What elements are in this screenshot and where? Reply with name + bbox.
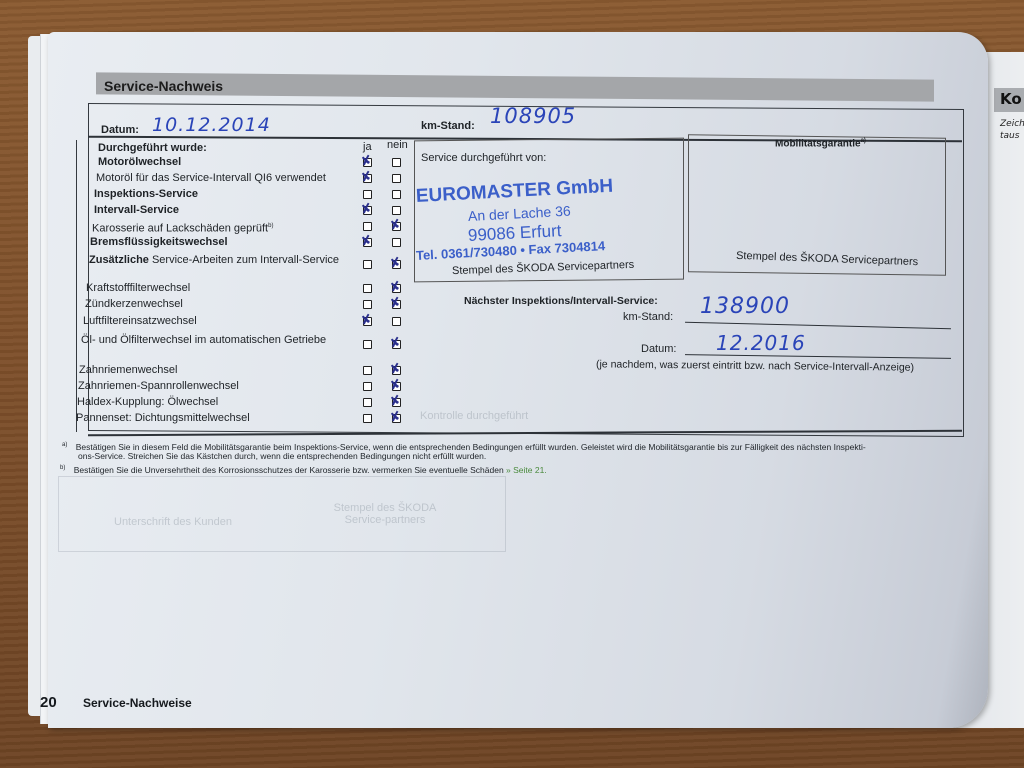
column-no: nein	[387, 139, 408, 151]
checklist-item-label: Karosserie auf Lackschäden geprüftb)	[92, 220, 362, 235]
page-number: 20	[40, 694, 57, 711]
checkbox-ja[interactable]	[363, 414, 372, 423]
checklist-item-label: Intervall-Service	[94, 204, 364, 216]
show-through-text: Unterschrift des Kunden	[114, 516, 232, 528]
column-yes: ja	[363, 141, 372, 153]
next-service-heading: Nächster Inspektions/Intervall-Service:	[464, 295, 658, 307]
service-by-label: Service durchgeführt von:	[421, 152, 546, 164]
checkbox-nein[interactable]	[392, 174, 401, 183]
km-value[interactable]: 108905	[490, 104, 576, 128]
handwritten-check-icon: ✘	[360, 315, 373, 327]
handwritten-check-icon: ✘	[389, 396, 402, 408]
handwritten-check-icon: ✘	[389, 282, 402, 294]
show-through-text: Stempel des ŠKODA Service-partners	[320, 502, 450, 526]
next-date-label: Datum:	[641, 343, 676, 355]
checkbox-ja[interactable]	[363, 260, 372, 269]
checkbox-ja[interactable]	[363, 382, 372, 391]
show-through-text: Kontrolle durchgeführt	[420, 410, 528, 422]
checklist-item-label: Bremsflüssigkeitswechsel	[90, 236, 360, 248]
next-km-label: km-Stand:	[623, 311, 673, 323]
checkbox-ja[interactable]	[363, 190, 372, 199]
handwritten-check-icon: ✘	[389, 298, 402, 310]
handwritten-check-icon: ✘	[389, 364, 402, 376]
checklist-heading: Durchgeführt wurde:	[98, 142, 207, 154]
handwritten-check-icon: ✘	[389, 412, 402, 424]
checkbox-ja[interactable]	[363, 284, 372, 293]
checklist-item-label: Haldex-Kupplung: Ölwechsel	[77, 396, 347, 408]
footnote-b: b) Bestätigen Sie die Unversehrtheit des…	[60, 463, 960, 476]
checklist-item-label: Zündkerzenwechsel	[85, 298, 355, 310]
checklist-item-label: Zahnriemenwechsel	[79, 364, 349, 376]
checkbox-ja[interactable]	[363, 366, 372, 375]
checklist-item-label: Öl- und Ölfilterwechsel im automatischen…	[81, 334, 351, 346]
checkbox-ja[interactable]	[363, 398, 372, 407]
checklist-item-label: Zahnriemen-Spannrollenwechsel	[78, 380, 348, 392]
checklist-item-label: Pannenset: Dichtungsmittelwechsel	[76, 412, 346, 424]
handwritten-check-icon: ✘	[360, 172, 373, 184]
handwritten-check-icon: ✘	[360, 156, 373, 168]
checkbox-ja[interactable]	[363, 300, 372, 309]
handwritten-check-icon: ✘	[389, 380, 402, 392]
next-km-value[interactable]: 138900	[700, 294, 790, 319]
handwritten-check-icon: ✘	[360, 204, 373, 216]
km-label: km-Stand:	[421, 120, 475, 132]
checkbox-nein[interactable]	[392, 206, 401, 215]
checkbox-nein[interactable]	[392, 158, 401, 167]
right-page-text: Zeich taus	[1000, 118, 1024, 142]
footnote-a-continued: ons-Service. Streichen Sie das Kästchen …	[78, 451, 958, 462]
checklist-item-label: Motoröl für das Service-Intervall QI6 ve…	[96, 172, 366, 184]
checkbox-nein[interactable]	[392, 317, 401, 326]
page-section-title: Service-Nachweise	[83, 696, 192, 710]
checkbox-nein[interactable]	[392, 238, 401, 247]
checkbox-nein[interactable]	[392, 190, 401, 199]
handwritten-check-icon: ✘	[389, 220, 402, 232]
handwritten-check-icon: ✘	[360, 236, 373, 248]
date-value[interactable]: 10.12.2014	[152, 114, 271, 136]
page-21-link[interactable]: » Seite 21.	[506, 465, 547, 475]
date-label: Datum:	[101, 124, 139, 136]
next-date-value[interactable]: 12.2016	[716, 331, 806, 355]
checklist-item-label: Luftfiltereinsatzwechsel	[83, 315, 353, 327]
checklist-item-label: Zusätzliche Service-Arbeiten zum Interva…	[89, 254, 359, 266]
checkbox-ja[interactable]	[363, 222, 372, 231]
checklist-item-label: Motorölwechsel	[98, 156, 368, 168]
checklist-item-label: Inspektions-Service	[94, 188, 364, 200]
right-page-title: Ko	[994, 88, 1024, 112]
page-title: Service-Nachweis	[104, 78, 223, 94]
handwritten-check-icon: ✘	[389, 258, 402, 270]
checkbox-ja[interactable]	[363, 340, 372, 349]
handwritten-check-icon: ✘	[389, 338, 402, 350]
mobility-title: Mobilitätsgarantiea)	[775, 138, 866, 149]
checklist-item-label: Kraftstofffilterwechsel	[86, 282, 356, 294]
